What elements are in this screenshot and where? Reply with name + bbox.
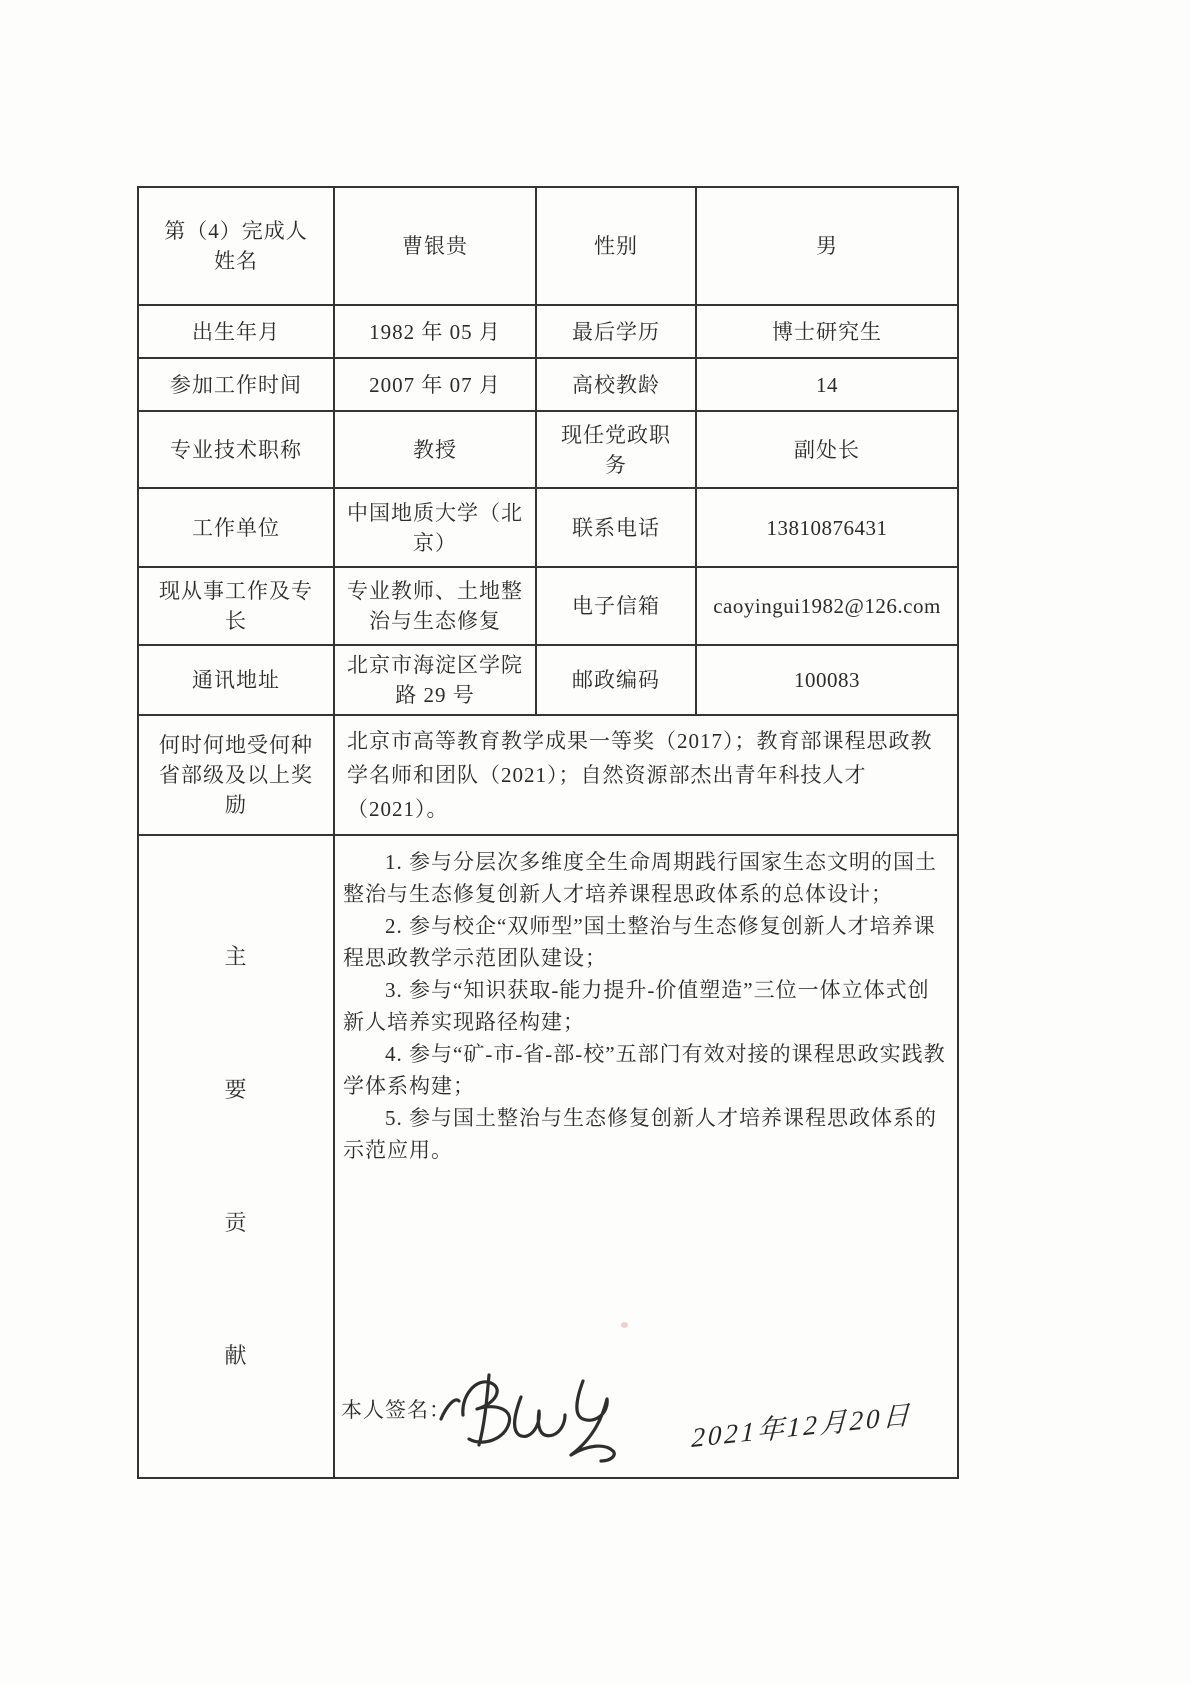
value-final-education: 博士研究生 <box>696 305 958 358</box>
label-awards: 何时何地受何种 省部级及以上奖 励 <box>138 715 334 835</box>
table-row-main-contribution: 主 要 贡 献 1. 参与分层次多维度全生命周期践行国家生态文明的国土整治与生态… <box>138 835 958 1478</box>
label-email: 电子信箱 <box>536 567 696 645</box>
scan-artifact-dot <box>621 1322 628 1328</box>
completer-info-table: 第（4）完成人 姓名 曹银贵 性别 男 出生年月 1982 年 05 月 最后学… <box>137 186 959 1479</box>
value-email: caoyingui1982@126.com <box>696 567 958 645</box>
value-completer-name: 曹银贵 <box>334 187 536 305</box>
scanned-form-page: 第（4）完成人 姓名 曹银贵 性别 男 出生年月 1982 年 05 月 最后学… <box>0 0 1191 1684</box>
vertical-label-char: 要 <box>224 1075 247 1105</box>
value-birth-date: 1982 年 05 月 <box>334 305 536 358</box>
label-current-work: 现从事工作及专 长 <box>138 567 334 645</box>
value-postal-code: 100083 <box>696 645 958 715</box>
signature-date: 2021年12月20日 <box>691 1400 913 1453</box>
value-professional-title: 教授 <box>334 411 536 488</box>
contribution-item: 1. 参与分层次多维度全生命周期践行国家生态文明的国土整治与生态修复创新人才培养… <box>343 846 947 910</box>
value-gender: 男 <box>696 187 958 305</box>
signature-handwriting <box>433 1357 643 1469</box>
label-teaching-years: 高校教龄 <box>536 358 696 411</box>
label-mailing-address: 通讯地址 <box>138 645 334 715</box>
label-phone: 联系电话 <box>536 488 696 567</box>
value-mailing-address: 北京市海淀区学院 路 29 号 <box>334 645 536 715</box>
table-row-awards: 何时何地受何种 省部级及以上奖 励 北京市高等教育教学成果一等奖（2017）；教… <box>138 715 958 835</box>
table-row: 通讯地址 北京市海淀区学院 路 29 号 邮政编码 100083 <box>138 645 958 715</box>
value-current-party-post: 副处长 <box>696 411 958 488</box>
contribution-item: 2. 参与校企“双师型”国土整治与生态修复创新人才培养课程思政教学示范团队建设； <box>343 910 947 974</box>
table-row: 参加工作时间 2007 年 07 月 高校教龄 14 <box>138 358 958 411</box>
value-awards: 北京市高等教育教学成果一等奖（2017）；教育部课程思政教学名师和团队（2021… <box>334 715 958 835</box>
value-current-work: 专业教师、土地整 治与生态修复 <box>334 567 536 645</box>
label-gender: 性别 <box>536 187 696 305</box>
label-professional-title: 专业技术职称 <box>138 411 334 488</box>
label-postal-code: 邮政编码 <box>536 645 696 715</box>
label-employer: 工作单位 <box>138 488 334 567</box>
table-row: 现从事工作及专 长 专业教师、土地整 治与生态修复 电子信箱 caoyingui… <box>138 567 958 645</box>
contribution-item: 4. 参与“矿-市-省-部-校”五部门有效对接的课程思政实践教学体系构建； <box>343 1038 947 1102</box>
contribution-item: 5. 参与国土整治与生态修复创新人才培养课程思政体系的示范应用。 <box>343 1102 947 1166</box>
label-completer-name: 第（4）完成人 姓名 <box>138 187 334 305</box>
vertical-label-char: 主 <box>224 942 247 972</box>
value-work-start-date: 2007 年 07 月 <box>334 358 536 411</box>
main-contribution-content: 1. 参与分层次多维度全生命周期践行国家生态文明的国土整治与生态修复创新人才培养… <box>334 835 958 1478</box>
label-work-start-date: 参加工作时间 <box>138 358 334 411</box>
label-final-education: 最后学历 <box>536 305 696 358</box>
label-current-party-post: 现任党政职 务 <box>536 411 696 488</box>
table-row: 工作单位 中国地质大学（北 京） 联系电话 13810876431 <box>138 488 958 567</box>
label-main-contribution: 主 要 贡 献 <box>138 835 334 1478</box>
main-contribution-vertical-label: 主 要 贡 献 <box>143 942 329 1371</box>
value-employer: 中国地质大学（北 京） <box>334 488 536 567</box>
value-phone: 13810876431 <box>696 488 958 567</box>
value-teaching-years: 14 <box>696 358 958 411</box>
vertical-label-char: 贡 <box>224 1208 247 1238</box>
table-row: 出生年月 1982 年 05 月 最后学历 博士研究生 <box>138 305 958 358</box>
table-row: 专业技术职称 教授 现任党政职 务 副处长 <box>138 411 958 488</box>
vertical-label-char: 献 <box>224 1341 247 1371</box>
table-row: 第（4）完成人 姓名 曹银贵 性别 男 <box>138 187 958 305</box>
contribution-item: 3. 参与“知识获取-能力提升-价值塑造”三位一体立体式创新人培养实现路径构建； <box>343 974 947 1038</box>
label-birth-date: 出生年月 <box>138 305 334 358</box>
